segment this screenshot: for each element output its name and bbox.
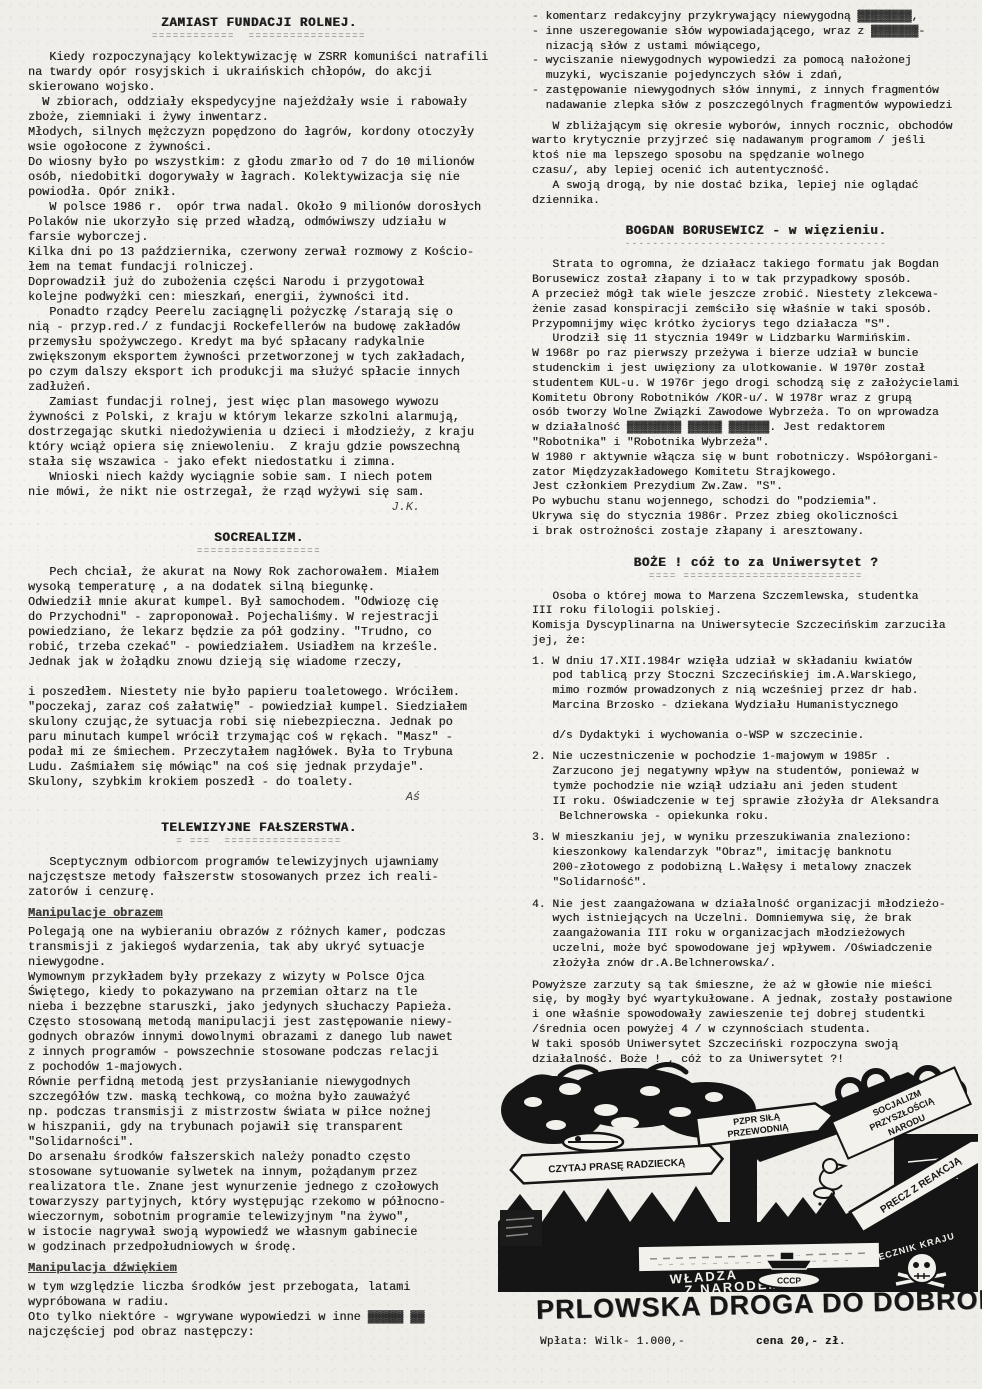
subheading-manipulacje-obrazem: Manipulacje obrazem [28,906,490,921]
subheading-manipulacja-dzwiekiem: Manipulacja dźwiękiem [28,1261,490,1276]
small-sign [500,1210,542,1246]
sign-czytaj-prase-radziecka: CZYTAJ PRASĘ RADZIECKĄ [510,1145,723,1184]
tv-falsification-bullet-list: - komentarz redakcyjny przykrywający nie… [532,10,980,114]
political-cartoon: WŁADZA Z NARODEM CCCP CZYTAJ PRASĘ RADZI… [498,1062,978,1292]
charge-item-1: 1. W dniu 17.XII.1984r wzięła udział w s… [532,655,980,744]
article-signature-jk: J.K. [28,500,490,515]
article-body-zamiast-fundacji-rolnej: Kiedy rozpoczynający kolektywizację w ZS… [28,50,490,500]
article-title-socrealizm: SOCREALIZM. [28,531,490,545]
article-title-bogdan-borusewicz: BOGDAN BORUSEWICZ - w więzieniu. [532,224,980,238]
cartoon-drawing: WŁADZA Z NARODEM CCCP CZYTAJ PRASĘ RADZI… [498,1062,978,1292]
wall-banner [638,1242,880,1272]
article-title-boze-coz-to-za-uniwersytet: BOŻE ! cóż to za Uniwersytet ? [532,556,980,570]
article-intro-telewizyjne-falszerstwa: Sceptycznym odbiorcom programów telewizy… [28,855,490,900]
right-column: - komentarz redakcyjny przykrywający nie… [532,0,980,1067]
left-column: ZAMIAST FUNDACJI ROLNEJ. ============ ==… [28,0,490,1340]
charge-item-4: 4. Nie jest zaangażowana w działalność o… [532,898,980,972]
title-underline: ==== ========================== [532,572,980,581]
title-underline: -------------------------------------- [532,240,980,249]
tv-falsification-closing: W zbliżającym się okresie wyborów, innyc… [532,120,980,209]
charge-item-2: 2. Nie uczestniczenie w pochodzie 1-majo… [532,750,980,824]
title-underline: ============ ================= [28,32,490,41]
article-title-zamiast-fundacji-rolnej: ZAMIAST FUNDACJI ROLNEJ. [28,16,490,30]
article-body-manipulacja-dzwiekiem: w tym względzie liczba środków jest prze… [28,1280,490,1340]
article-title-telewizyjne-falszerstwa: TELEWIZYJNE FAŁSZERSTWA. [28,821,490,835]
article-body-socrealizm: Pech chciał, że akurat na Nowy Rok zacho… [28,565,490,790]
tank-label: CCCP [777,1276,801,1286]
title-underline: = === ================= [28,837,490,846]
title-underline: ================== [28,547,490,556]
donation-note: Wpłata: Wilk- 1.000,- [540,1336,685,1348]
scanned-bulletin-page: ZAMIAST FUNDACJI ROLNEJ. ============ ==… [0,0,982,1389]
article-body-manipulacje-obrazem: Polegają one na wybieraniu obrazów z róż… [28,925,490,1255]
article-intro-uniwersytet: Osoba o której mowa to Marzena Szczemlew… [532,590,980,649]
charge-item-3: 3. W mieszkaniu jej, w wyniku przeszukiw… [532,831,980,890]
article-closing-uniwersytet: Powyższe zarzuty są tak śmieszne, że aż … [532,979,980,1068]
article-signature-as: Aś [28,790,490,805]
article-body-bogdan-borusewicz: Strata to ogromna, że działacz takiego f… [532,258,980,539]
price-note: cena 20,- zł. [756,1336,846,1348]
